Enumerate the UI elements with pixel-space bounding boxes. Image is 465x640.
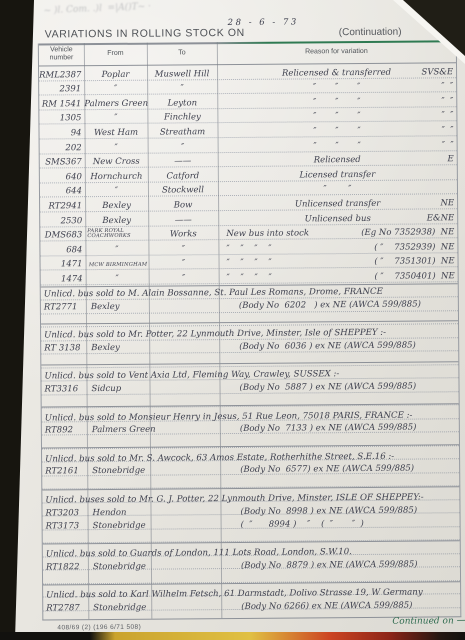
- section-divider: [42, 486, 459, 490]
- body-number-detail: (Body No 8998 ) ex NE (AWCA 599/885): [240, 505, 417, 516]
- bleed-through-writing: ~ )l. Com. .)l =|A()T~ ·: [43, 0, 263, 16]
- vehicle-number: SMS367: [40, 157, 85, 167]
- vehicle-number: RT1822: [46, 562, 80, 572]
- page-title: VARIATIONS IN ROLLING STOCK ON: [45, 27, 245, 41]
- stock-code: ″ ″: [442, 111, 454, 121]
- continuation-label: (Continuation): [339, 27, 402, 38]
- vehicle-number: DMS683: [40, 230, 85, 240]
- to-garage: Stockwell: [148, 186, 218, 197]
- from-garage: ″: [86, 274, 149, 284]
- to-garage: Catford: [148, 171, 218, 182]
- sale-heading: Unlicd. bus sold to Monsieur Henry in Je…: [45, 410, 457, 423]
- vehicle-number: RT3316: [44, 384, 78, 394]
- vehicle-number: 2391: [39, 84, 84, 94]
- sale-entry: RT2771Bexley(Body No 6202 ) ex NE (AWCA …: [41, 299, 458, 316]
- vehicle-number: 644: [40, 187, 85, 197]
- sale-heading: Unlicd. bus sold to Vent Axia Ltd, Flemi…: [44, 368, 456, 381]
- from-garage: Palmers Green: [84, 98, 147, 108]
- sale-heading: Unlicd. buses sold to Mr. G. J. Potter, …: [45, 492, 457, 505]
- body-number-detail: (Body No 5887 ) ex NE (AWCA 599/885): [239, 381, 416, 392]
- to-garage: Leyton: [147, 98, 217, 109]
- stock-code: NE: [441, 257, 455, 267]
- section-divider: [42, 444, 459, 448]
- from-garage: ″: [84, 84, 147, 94]
- from-garage: Hornchurch: [85, 171, 148, 181]
- vehicle-number: 640: [40, 172, 85, 182]
- body-number-detail: (Body No 8879 ) ex NE (AWCA 599/885): [241, 559, 418, 570]
- stock-code: ″ ″: [441, 81, 453, 91]
- vehicle-number: RT2941: [40, 201, 85, 211]
- garage-name: Stonebridge: [93, 521, 146, 531]
- to-garage: Bow: [148, 200, 218, 211]
- scan-bottom-edge: [0, 632, 465, 640]
- to-garage: Muswell Hill: [147, 69, 217, 80]
- body-number-detail: (Body No 6577) ex NE (AWCA 599/885): [240, 464, 414, 475]
- to-garage: ″: [149, 258, 219, 269]
- from-garage: ″: [85, 244, 148, 254]
- sale-entry: RT3316Sidcup(Body No 5887 ) ex NE (AWCA …: [41, 381, 458, 398]
- to-garage: ″: [149, 273, 219, 284]
- garage-name: Palmers Green: [92, 425, 156, 436]
- vehicle-number: RT3173: [46, 521, 80, 531]
- to-garage: ——: [148, 156, 218, 167]
- handwritten-date: 28 - 6 - 73: [228, 17, 299, 28]
- garage-name: Stonebridge: [93, 602, 146, 612]
- to-garage: ——: [148, 215, 218, 226]
- column-header-from: From: [84, 43, 147, 65]
- to-garage: ″: [147, 83, 217, 94]
- sale-heading: Unlicd. bus sold to Mr. Potter, 22 Lynmo…: [44, 327, 456, 340]
- garage-name: Bexley: [91, 301, 120, 311]
- sale-heading: Unlicd. bus sold to Mr. S. Awcock, 63 Am…: [45, 451, 457, 464]
- sale-heading: Unlicd. bus sold to Karl Wilhelm Fetsch,…: [46, 587, 458, 600]
- vehicle-number: RT2161: [45, 466, 79, 476]
- vehicle-number: RML2387: [39, 70, 84, 80]
- sale-entry: RT3173Stonebridge( ″ 8994 ) ″ ( ″ ″ ): [43, 518, 460, 535]
- from-garage: Bexley: [85, 201, 148, 211]
- engine-number: ( ″ 7350401): [374, 271, 435, 281]
- to-garage: ″: [148, 142, 218, 153]
- sale-entry: RT892Palmers Green(Body No 7133 ) ex NE …: [42, 422, 459, 439]
- from-garage: Poplar: [84, 69, 147, 79]
- sale-heading: Unlicd. bus sold to Guards of London, 11…: [46, 546, 458, 559]
- stock-code: ″ ″: [442, 140, 454, 150]
- engine-number: ( ″ 7351301): [374, 257, 435, 267]
- engine-number: (Eg No 7352938): [361, 228, 435, 239]
- stock-code: NE: [441, 242, 455, 252]
- to-garage: ″: [148, 244, 218, 255]
- vehicle-number: 202: [40, 143, 85, 153]
- body-number-detail: (Body No 7133 ) ex NE (AWCA 599/885): [240, 423, 417, 434]
- stock-code: NE: [441, 227, 455, 237]
- continued-note: Continued on ⟶: [392, 616, 465, 627]
- body-number-detail: (Body No 6036 ) ex NE (AWCA 599/885): [239, 340, 416, 351]
- sale-entry: RT 3138Bexley(Body No 6036 ) ex NE (AWCA…: [41, 340, 458, 357]
- vehicle-number: RT892: [45, 425, 73, 435]
- body-number-detail: ( ″ 8994 ) ″ ( ″ ″ ): [241, 519, 364, 530]
- garage-name: Sidcup: [91, 383, 121, 393]
- from-garage-smallprint: PARK ROYAL COACHWORKS: [85, 228, 148, 240]
- vehicle-number: RM 1541: [39, 99, 84, 109]
- vehicle-number: RT3203: [45, 508, 79, 518]
- garage-name: Hendon: [92, 507, 126, 517]
- column-header-vehicle: Vehicle number: [39, 43, 84, 65]
- stock-code: NE: [440, 198, 454, 208]
- stock-code: NE: [441, 271, 455, 281]
- vehicle-number: 94: [39, 128, 84, 138]
- garage-name: Bexley: [91, 342, 120, 352]
- stock-code: ″ ″: [442, 125, 454, 135]
- scanned-document: ~ )l. Com. .)l =|A()T~ · VARIATIONS IN R…: [0, 0, 465, 640]
- column-header-to: To: [147, 42, 217, 65]
- vehicle-number: 684: [40, 245, 85, 255]
- from-garage: PARK ROYAL COACHWORKS: [85, 228, 148, 240]
- body-number-detail: (Body No 6202 ) ex NE (AWCA 599/885): [239, 299, 421, 310]
- garage-name: Stonebridge: [93, 561, 146, 571]
- rolling-stock-table: Vehicle number From To Reason for variat…: [38, 40, 462, 620]
- from-garage: ″: [85, 186, 148, 196]
- vehicle-number: 1305: [39, 114, 84, 124]
- from-garage: New Cross: [85, 157, 148, 167]
- vehicle-number: RT2771: [44, 302, 78, 312]
- stock-code: E: [447, 154, 453, 164]
- vehicle-number: 1471: [41, 260, 86, 270]
- vehicle-number: 2530: [40, 216, 85, 226]
- vehicle-number: RT 3138: [44, 343, 80, 353]
- form-reference: 408/69 (2) (196 6/71 508): [57, 624, 141, 632]
- from-garage: ″: [84, 113, 147, 123]
- column-header-reason: Reason for variation: [217, 40, 456, 64]
- section-divider: [43, 540, 460, 544]
- table-header-row: Vehicle number From To Reason for variat…: [39, 40, 456, 65]
- from-garage: ″: [85, 142, 148, 152]
- stock-code: E&NE: [427, 213, 454, 223]
- sale-entry: RT2161Stonebridge(Body No 6577) ex NE (A…: [42, 463, 459, 480]
- from-garage: MCW BIRMINGHAM: [86, 259, 149, 269]
- vehicle-number: 1474: [41, 274, 86, 284]
- garage-name: Stonebridge: [92, 466, 145, 476]
- from-garage: Bexley: [85, 215, 148, 225]
- body-number-detail: (Body No 6266) ex NE (AWCA 599/885): [241, 600, 412, 611]
- page-content: ~ )l. Com. .)l =|A()T~ · VARIATIONS IN R…: [0, 0, 465, 640]
- stock-code: SVS&E: [421, 67, 453, 77]
- reason-cell: ″ ″ ″ ″( ″ 7350401)NE: [219, 271, 458, 283]
- from-garage: West Ham: [84, 128, 147, 138]
- to-garage: Finchley: [147, 113, 217, 124]
- vehicle-number: RT2787: [46, 603, 80, 613]
- engine-number: ( ″ 7352939): [374, 242, 435, 252]
- stock-code: ″ ″: [441, 96, 453, 106]
- to-garage: Works: [148, 229, 218, 240]
- to-garage: Streatham: [147, 127, 217, 138]
- sale-entry: RT2787Stonebridge(Body No 6266) ex NE (A…: [43, 600, 460, 617]
- sale-entry: RT1822Stonebridge(Body No 8879 ) ex NE (…: [43, 559, 460, 576]
